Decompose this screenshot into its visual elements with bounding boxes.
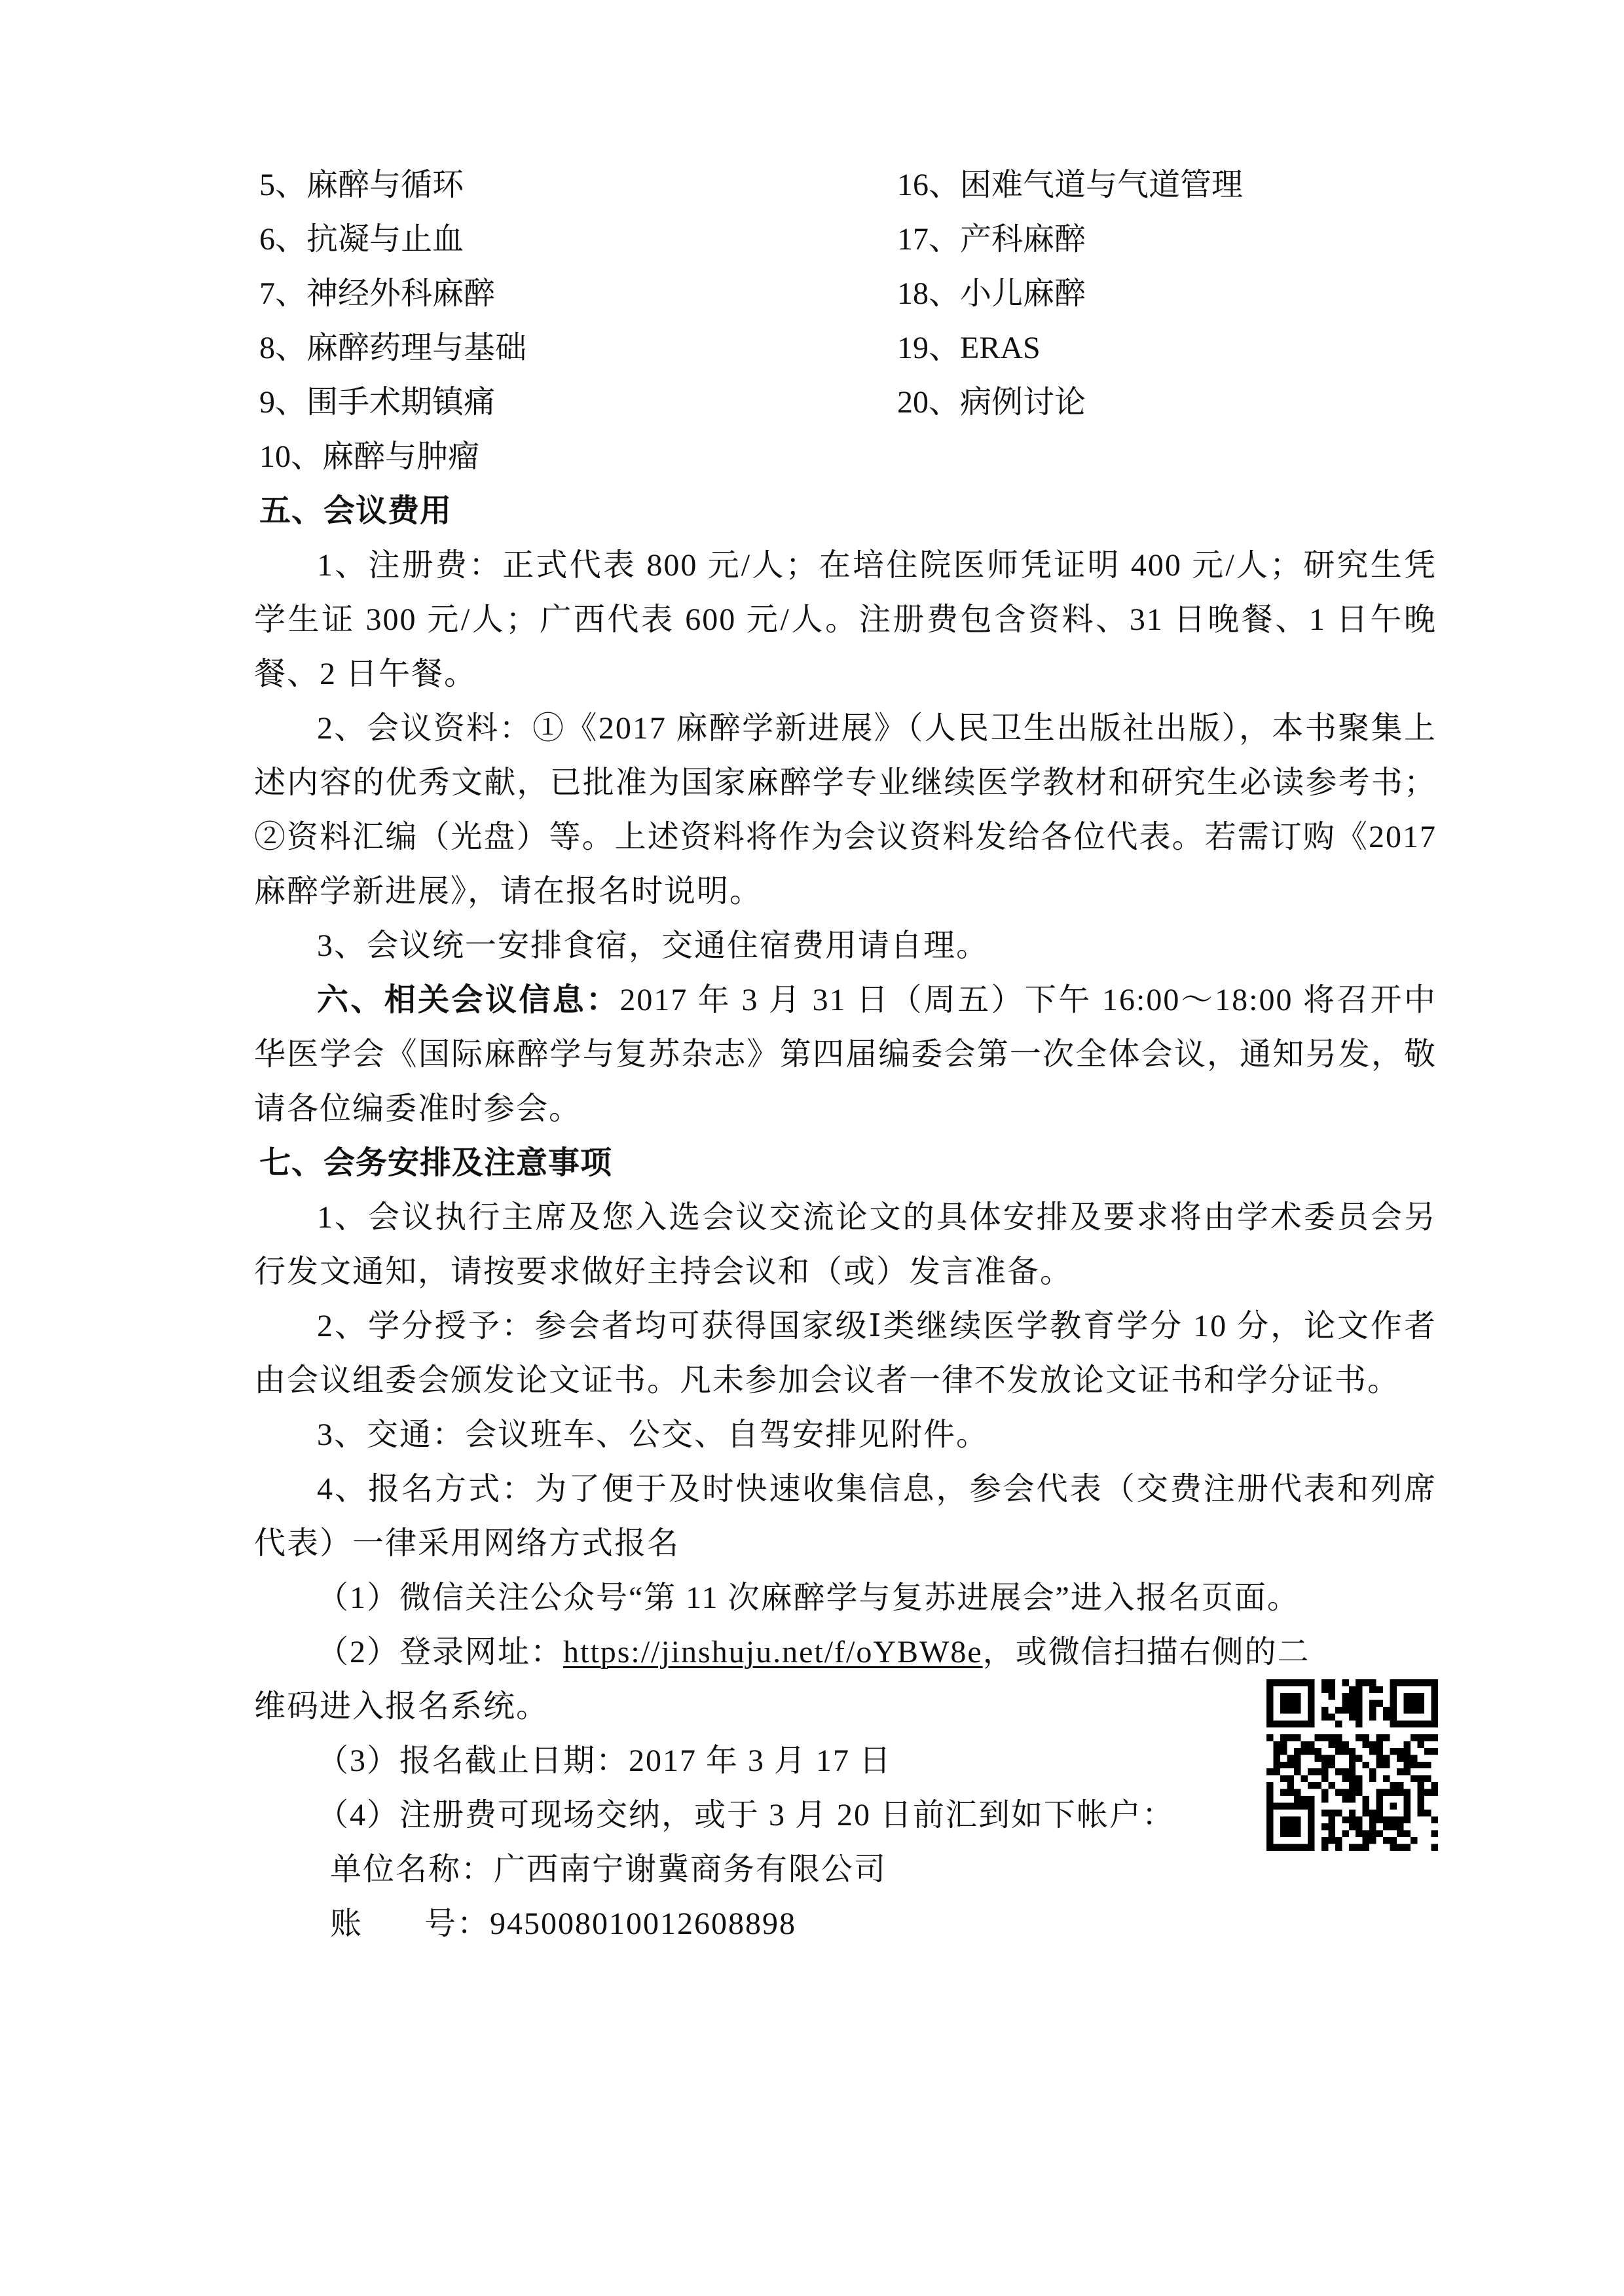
topic-item: 19、ERAS bbox=[897, 321, 1243, 375]
arrangement-item-chair: 1、会议执行主席及您入选会议交流论文的具体安排及要求将由学术委员会另行发文通知，… bbox=[254, 1190, 1437, 1299]
related-meeting-info: 六、相关会议信息：2017 年 3 月 31 日（周五）下午 16:00～18:… bbox=[254, 973, 1437, 1136]
topic-item: 8、麻醉药理与基础 bbox=[259, 321, 526, 375]
account-number-label-b: 号： bbox=[424, 1906, 490, 1941]
registration-steps: （1）微信关注公众号“第 11 次麻醉学与复苏进展会”进入报名页面。 （2）登录… bbox=[254, 1571, 1437, 1951]
registration-link[interactable]: https://jinshuju.net/f/oYBW8e bbox=[563, 1635, 983, 1669]
section-heading-fees: 五、会议费用 bbox=[254, 484, 1437, 538]
topic-item: 20、病例讨论 bbox=[897, 375, 1243, 429]
registration-step-web: （2）登录网址：https://jinshuju.net/f/oYBW8e，或微… bbox=[254, 1625, 1365, 1734]
topic-item: 16、困难气道与气道管理 bbox=[897, 158, 1243, 212]
qr-code-icon[interactable] bbox=[1266, 1679, 1438, 1851]
topics-list: 5、麻醉与循环 6、抗凝与止血 7、神经外科麻醉 8、麻醉药理与基础 9、围手术… bbox=[254, 158, 1437, 484]
account-number-value: 945008010012608898 bbox=[490, 1906, 796, 1941]
topic-item: 6、抗凝与止血 bbox=[259, 212, 526, 266]
topics-right-column: 16、困难气道与气道管理 17、产科麻醉 18、小儿麻醉 19、ERAS 20、… bbox=[897, 158, 1243, 429]
topic-item: 10、麻醉与肿瘤 bbox=[259, 429, 526, 484]
account-name-label: 单位名称： bbox=[330, 1852, 494, 1887]
account-number-label-a: 账 bbox=[330, 1897, 424, 1951]
document-page: 5、麻醉与循环 6、抗凝与止血 7、神经外科麻醉 8、麻醉药理与基础 9、围手术… bbox=[254, 158, 1437, 1951]
topic-item: 18、小儿麻醉 bbox=[897, 266, 1243, 321]
arrangement-item-transport: 3、交通：会议班车、公交、自驾安排见附件。 bbox=[254, 1408, 1437, 1462]
section-heading-arrangements: 七、会务安排及注意事项 bbox=[254, 1136, 1437, 1190]
registration-step-wechat: （1）微信关注公众号“第 11 次麻醉学与复苏进展会”进入报名页面。 bbox=[254, 1571, 1437, 1625]
registration-step-deadline: （3）报名截止日期：2017 年 3 月 17 日 bbox=[254, 1734, 1437, 1788]
account-name-line: 单位名称：广西南宁谢冀商务有限公司 bbox=[254, 1842, 1437, 1897]
topic-item: 9、围手术期镇痛 bbox=[259, 375, 526, 429]
topic-item: 7、神经外科麻醉 bbox=[259, 266, 526, 321]
fees-item-materials: 2、会议资料：①《2017 麻醉学新进展》（人民卫生出版社出版），本书聚集上述内… bbox=[254, 701, 1437, 919]
fees-item-registration: 1、注册费：正式代表 800 元/人；在培住院医师凭证明 400 元/人；研究生… bbox=[254, 538, 1437, 701]
arrangement-item-credits: 2、学分授予：参会者均可获得国家级Ⅰ类继续医学教育学分 10 分，论文作者由会议… bbox=[254, 1299, 1437, 1408]
topics-left-column: 5、麻醉与循环 6、抗凝与止血 7、神经外科麻醉 8、麻醉药理与基础 9、围手术… bbox=[259, 158, 526, 484]
account-name-value: 广西南宁谢冀商务有限公司 bbox=[494, 1852, 887, 1887]
arrangement-item-registration-method: 4、报名方式：为了便于及时快速收集信息，参会代表（交费注册代表和列席代表）一律采… bbox=[254, 1462, 1437, 1571]
section-heading-related-meeting: 六、相关会议信息： bbox=[317, 981, 619, 1018]
account-number-line: 账号：945008010012608898 bbox=[254, 1897, 1437, 1951]
fees-item-accommodation: 3、会议统一安排食宿，交通住宿费用请自理。 bbox=[254, 919, 1437, 973]
registration-step-payment: （4）注册费可现场交纳，或于 3 月 20 日前汇到如下帐户： bbox=[254, 1788, 1437, 1842]
topic-item: 17、产科麻醉 bbox=[897, 212, 1243, 266]
topic-item: 5、麻醉与循环 bbox=[259, 158, 526, 212]
